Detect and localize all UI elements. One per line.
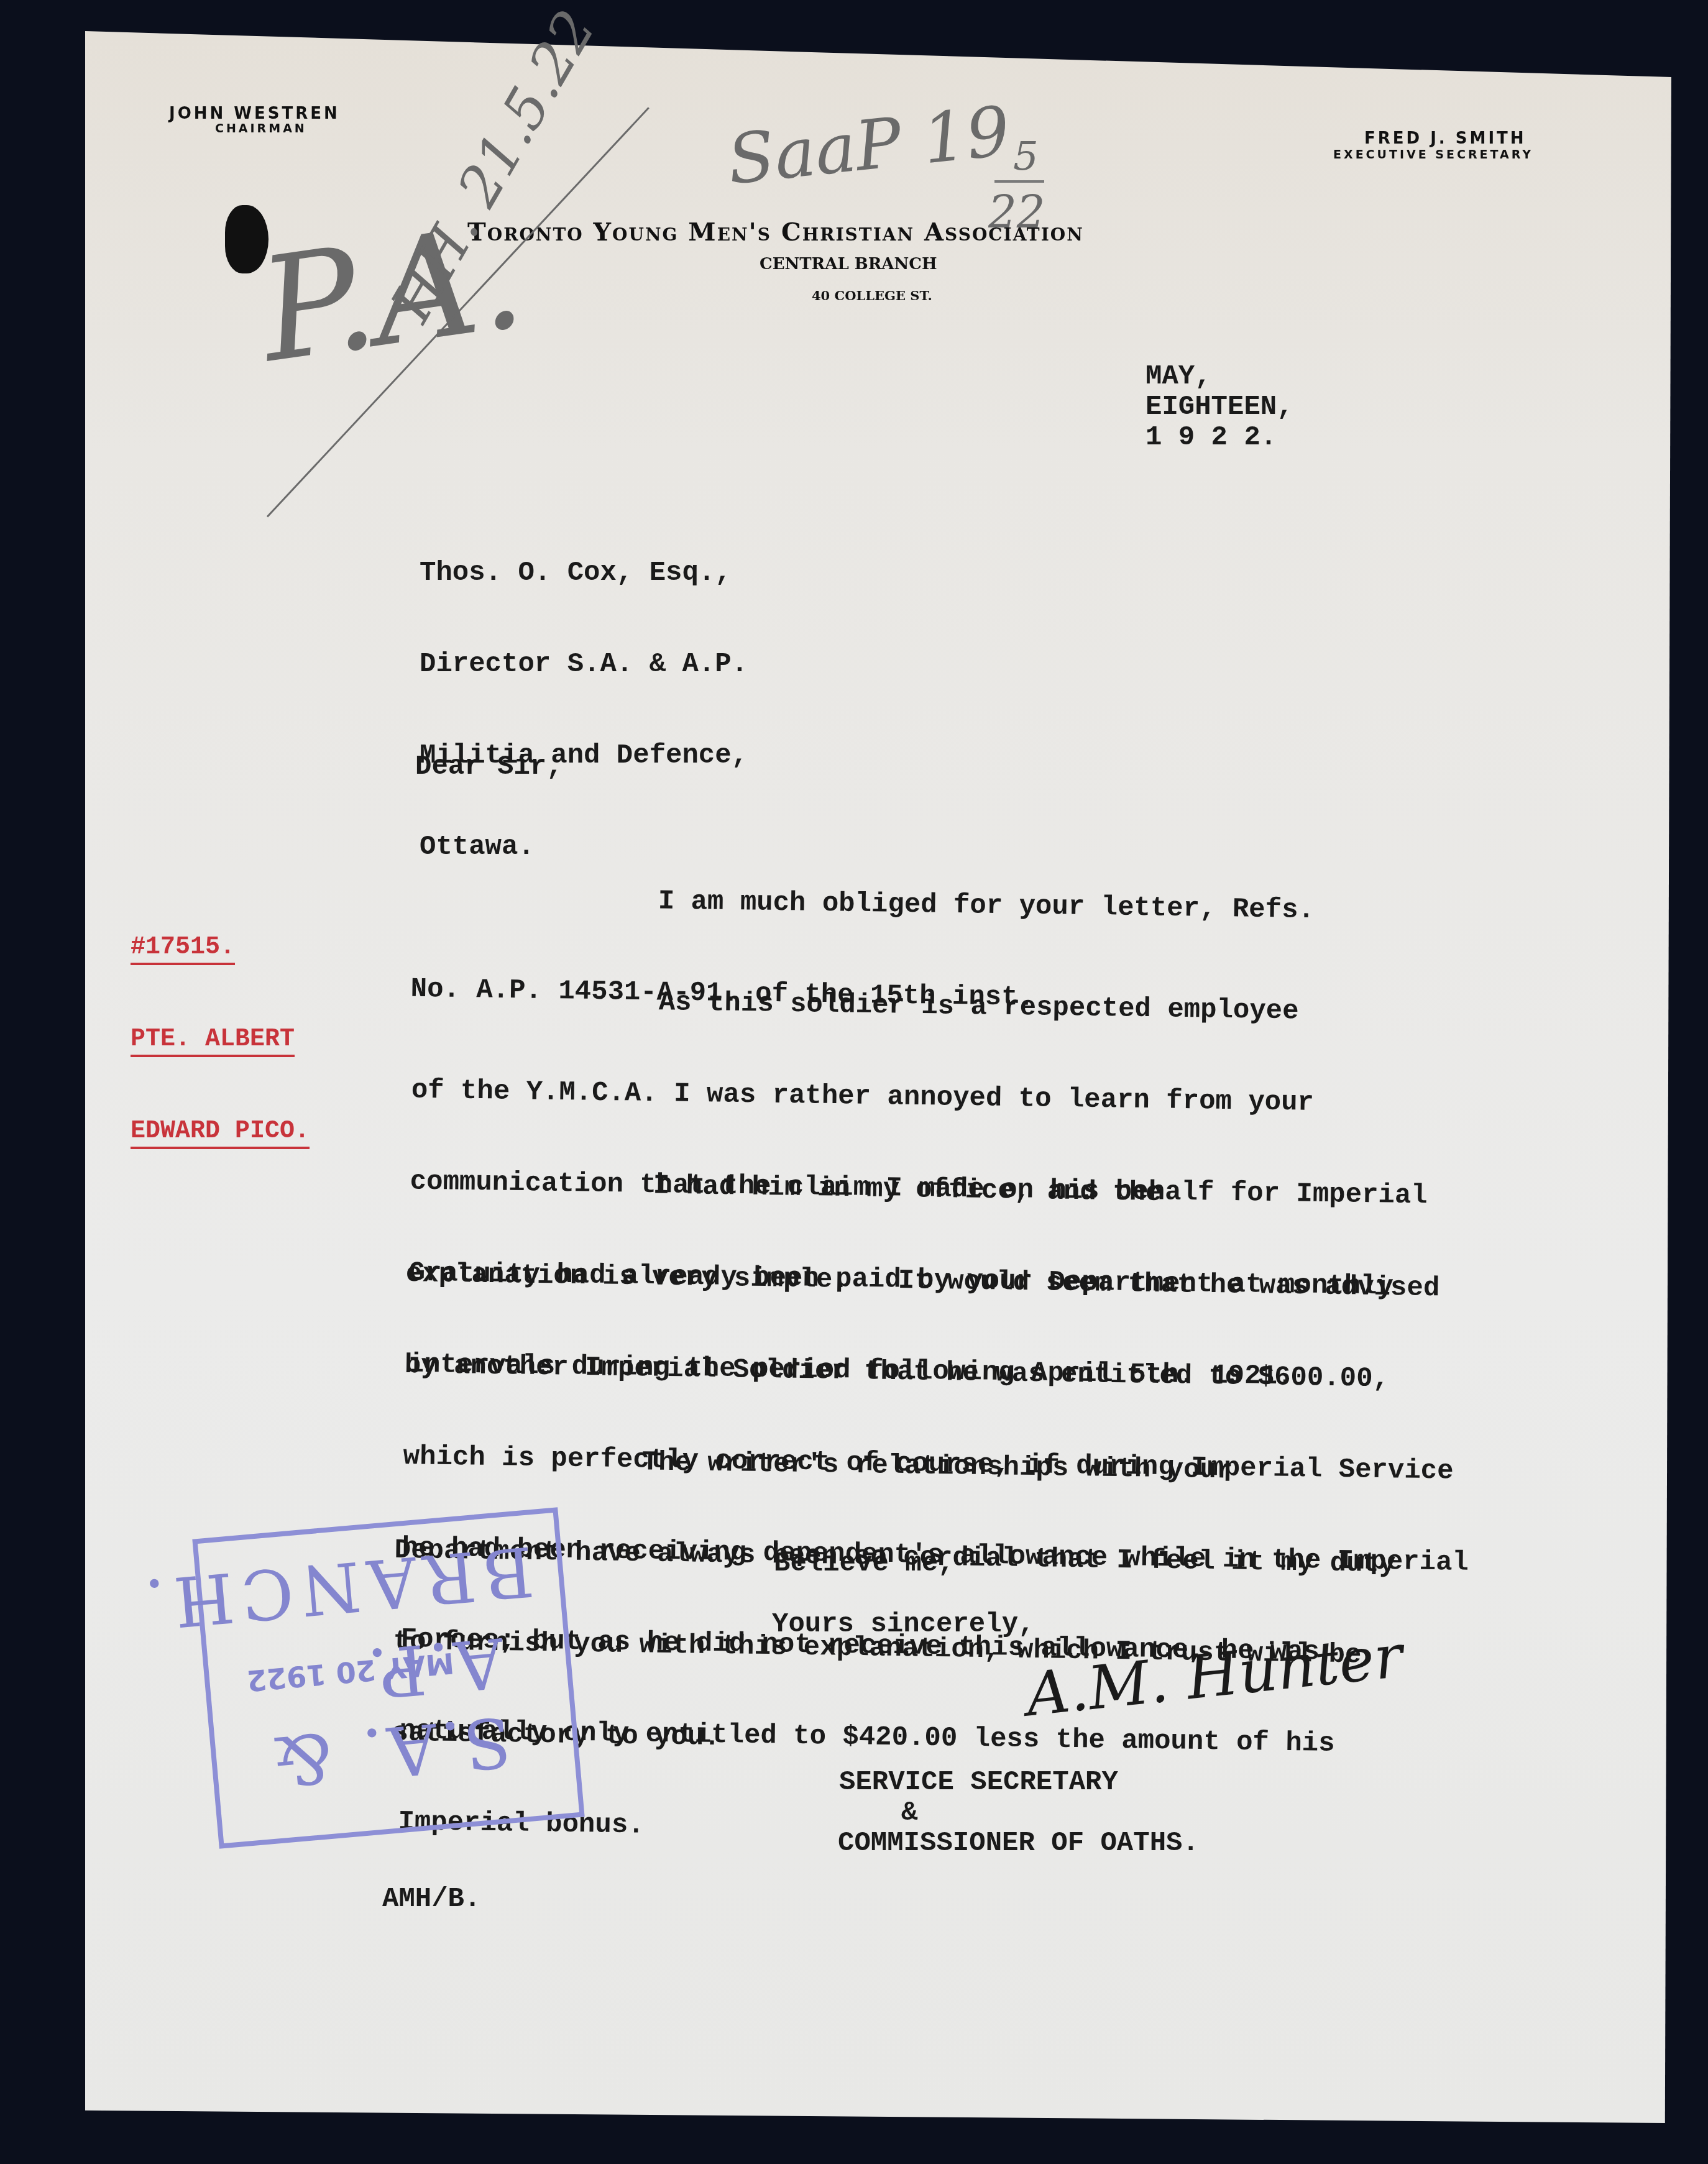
letterhead-address: 40 COLLEGE ST.	[812, 288, 932, 303]
date-year: 1 9 2 2.	[1146, 423, 1277, 453]
recipient-line: Director S.A. & A.P.	[420, 649, 748, 680]
text-line: The writer's relationships with your	[395, 1444, 1397, 1488]
letterhead-chairman-title: CHAIRMAN	[215, 122, 307, 135]
closing-yours: Yours sincerely,	[772, 1610, 1034, 1640]
signatory-title-2: COMMISSIONER OF OATHS.	[838, 1828, 1199, 1859]
received-stamp: S.A. & A.P. MAY 20 1922 BRANCH.	[192, 1507, 584, 1849]
text-line: explanation is very simple. It would see…	[406, 1259, 1473, 1304]
letterhead-secretary-name: FRED J. SMITH	[1364, 129, 1527, 148]
reference-initials: AMH/B.	[382, 1884, 480, 1915]
soldier-surname: EDWARD PICO.	[131, 1117, 310, 1149]
text-line: I had him in my office, and the	[407, 1168, 1474, 1213]
salutation: Dear Sir,	[415, 752, 563, 782]
pencil-fraction-denominator: 22	[988, 186, 1045, 239]
paper-hole	[225, 205, 269, 273]
text-line: As this soldier is a respected employee	[413, 984, 1431, 1029]
soldier-number: #17515.	[131, 933, 235, 965]
pencil-fraction-bar	[994, 180, 1044, 183]
letterhead-secretary-title: EXECUTIVE SECRETARY	[1333, 148, 1533, 162]
stamp-department: S.A. & A.P.	[207, 1622, 515, 1806]
pencil-fraction-numerator: 5	[1013, 134, 1039, 180]
recipient-line: Thos. O. Cox, Esq.,	[420, 558, 748, 589]
date-day: EIGHTEEN,	[1146, 392, 1293, 423]
soldier-rank-name: PTE. ALBERT	[131, 1025, 295, 1057]
letterhead-chairman-name: JOHN WESTREN	[169, 104, 340, 123]
date-month: MAY,	[1146, 362, 1211, 392]
signatory-ampersand: &	[901, 1798, 917, 1828]
text-line: I am much obliged for your letter, Refs.	[411, 883, 1315, 926]
signatory-title: SERVICE SECRETARY	[839, 1767, 1118, 1798]
red-soldier-reference: #17515. PTE. ALBERT EDWARD PICO.	[131, 873, 310, 1179]
closing-believe: Believe me,	[774, 1549, 954, 1579]
letterhead-branch: CENTRAL BRANCH	[760, 255, 937, 273]
